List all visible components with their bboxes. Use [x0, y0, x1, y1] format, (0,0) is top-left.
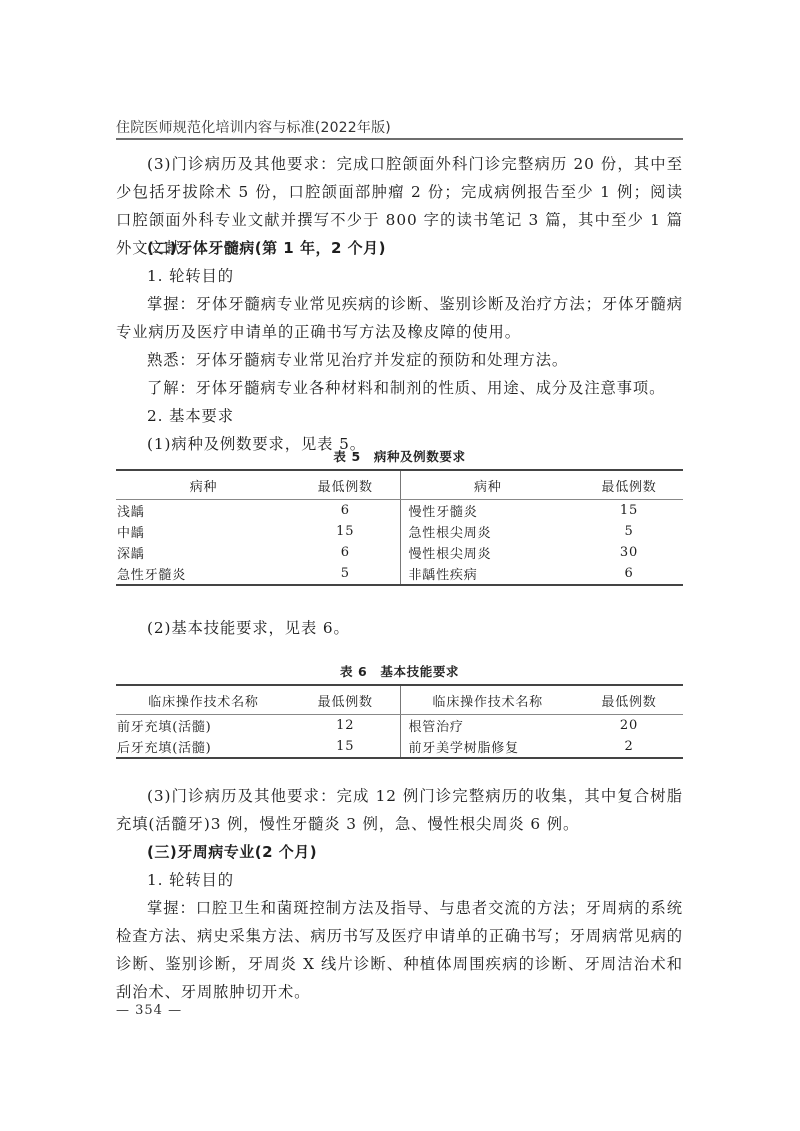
table-row: 前牙充填(活髓) 12 根管治疗 20 [116, 715, 683, 737]
table-row: 中龋 15 急性根尖周炎 5 [116, 521, 683, 542]
rotation-goal-heading: 1. 轮转目的 [116, 262, 683, 290]
disease-name: 中龋 [116, 521, 291, 542]
min-cases: 15 [291, 521, 400, 542]
table-row: 深龋 6 慢性根尖周炎 30 [116, 542, 683, 563]
column-header: 病种 [400, 470, 575, 500]
table-header-row: 临床操作技术名称 最低例数 临床操作技术名称 最低例数 [116, 685, 683, 715]
min-cases: 20 [575, 715, 683, 737]
table-row: 急性牙髓炎 5 非龋性疾病 6 [116, 563, 683, 585]
basic-requirements-heading: 2. 基本要求 [116, 402, 683, 430]
disease-name: 深龋 [116, 542, 291, 563]
table5-disease-cases: 病种 最低例数 病种 最低例数 浅龋 6 慢性牙髓炎 15 中龋 15 急性根尖… [116, 469, 683, 586]
running-title: 住院医师规范化培训内容与标准(2022年版) [116, 117, 391, 137]
column-header: 病种 [116, 470, 291, 500]
column-header: 最低例数 [575, 685, 683, 715]
master-paragraph: 掌握：牙体牙髓病专业常见疾病的诊断、鉴别诊断及治疗方法；牙体牙髓病专业病历及医疗… [116, 290, 683, 346]
endodontics-section: (二)牙体牙髓病(第 1 年，2 个月) 1. 轮转目的 掌握：牙体牙髓病专业常… [116, 234, 683, 458]
disease-name: 慢性牙髓炎 [400, 500, 575, 522]
column-header: 最低例数 [291, 685, 400, 715]
disease-name: 非龋性疾病 [400, 563, 575, 585]
table5-caption: 表 5 病种及例数要求 [116, 447, 683, 465]
disease-name: 急性牙髓炎 [116, 563, 291, 585]
min-cases: 12 [291, 715, 400, 737]
procedure-name: 前牙充填(活髓) [116, 715, 291, 737]
understand-paragraph: 了解：牙体牙髓病专业各种材料和制剂的性质、用途、成分及注意事项。 [116, 374, 683, 402]
skills-requirement-block: (2)基本技能要求，见表 6。 [116, 614, 683, 642]
section-heading-endodontics: (二)牙体牙髓病(第 1 年，2 个月) [116, 234, 683, 262]
min-cases: 6 [291, 542, 400, 563]
table6-basic-skills: 临床操作技术名称 最低例数 临床操作技术名称 最低例数 前牙充填(活髓) 12 … [116, 684, 683, 759]
disease-name: 急性根尖周炎 [400, 521, 575, 542]
min-cases: 6 [575, 563, 683, 585]
table-header-row: 病种 最低例数 病种 最低例数 [116, 470, 683, 500]
table-row: 后牙充填(活髓) 15 前牙美学树脂修复 2 [116, 736, 683, 758]
column-header: 临床操作技术名称 [400, 685, 575, 715]
column-header: 最低例数 [575, 470, 683, 500]
min-cases: 5 [575, 521, 683, 542]
procedure-name: 根管治疗 [400, 715, 575, 737]
header-rule [116, 138, 683, 140]
disease-name: 浅龋 [116, 500, 291, 522]
disease-name: 慢性根尖周炎 [400, 542, 575, 563]
rotation-goal-heading: 1. 轮转目的 [116, 866, 683, 894]
min-cases: 15 [291, 736, 400, 758]
min-cases: 5 [291, 563, 400, 585]
min-cases: 2 [575, 736, 683, 758]
table6-caption: 表 6 基本技能要求 [116, 662, 683, 680]
min-cases: 6 [291, 500, 400, 522]
table-row: 浅龋 6 慢性牙髓炎 15 [116, 500, 683, 522]
section-heading-periodontics: (三)牙周病专业(2 个月) [116, 838, 683, 866]
procedure-name: 前牙美学树脂修复 [400, 736, 575, 758]
page-number: — 354 — [116, 1003, 182, 1018]
master-paragraph: 掌握：口腔卫生和菌斑控制方法及指导、与患者交流的方法；牙周病的系统检查方法、病史… [116, 894, 683, 1006]
min-cases: 30 [575, 542, 683, 563]
procedure-name: 后牙充填(活髓) [116, 736, 291, 758]
min-cases: 15 [575, 500, 683, 522]
column-header: 临床操作技术名称 [116, 685, 291, 715]
column-header: 最低例数 [291, 470, 400, 500]
periodontics-section: (3)门诊病历及其他要求：完成 12 例门诊完整病历的收集，其中复合树脂充填(活… [116, 782, 683, 1006]
outpatient-record-paragraph: (3)门诊病历及其他要求：完成 12 例门诊完整病历的收集，其中复合树脂充填(活… [116, 782, 683, 838]
skills-requirement: (2)基本技能要求，见表 6。 [116, 614, 683, 642]
familiar-paragraph: 熟悉：牙体牙髓病专业常见治疗并发症的预防和处理方法。 [116, 346, 683, 374]
